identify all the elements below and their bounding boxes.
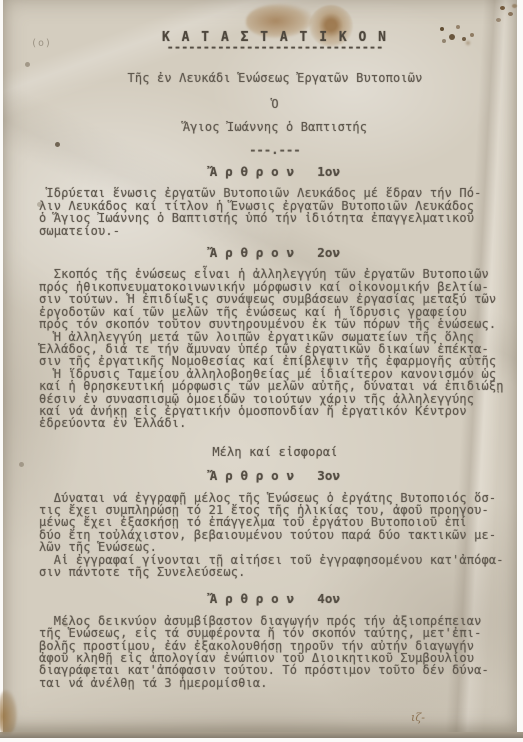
document-subtitle: Τῆς ἐν Λευκάδι Ἑνώσεως Ἐργατῶν Βυτοποιῶν [39,72,511,84]
text-line: σιν πάντοτε τῆς Συνελεύσεως. [39,566,511,578]
text-line: τῆς Ἑνώσεως, εἰς τά συμφέροντα ἤ τόν σκο… [39,627,511,639]
text-line: σωματείου.- [39,225,511,237]
article-2-heading: Ἄ ρ θ ρ ο ν 2ον [39,247,511,259]
article-4-heading: Ἄ ρ θ ρ ο ν 4ον [39,593,511,605]
members-section-heading: Μέλη καί εἰσφοραί [39,446,511,458]
paper-bottom-edge-shadow [0,732,523,738]
text-line: Ἱδρύεται ἕνωσις ἐργατῶν Βυτοποιῶν Λευκάδ… [39,187,511,199]
photo-frame: (ο) Κ Α Τ Α Σ Τ Α Τ Ι Κ Ο Ν ------------… [0,0,523,742]
bottom-left-stain [0,690,17,734]
text-line: Σκοπός τῆς ἑνώσεως εἶναι ἡ ἀλληλεγγύη τῶ… [39,268,511,280]
article-1: Ἄ ρ θ ρ ο ν 1ον Ἱδρύεται ἕνωσις ἐργατῶν … [39,166,511,237]
text-line: ὁ Ἅγιος Ἰωάννης ὁ Βαπτιστής ὑπό τήν ἰδιό… [39,212,511,224]
text-line: καί ἡ θρησκευτική μόρφωσις τῶν μελῶν αὐτ… [39,380,511,392]
text-line: μένως ἔχει ἐξασκήσῃ τό ἐπάγγελμα τοῦ ἐργ… [39,516,511,528]
title-underline: ------------------------------ [39,44,511,51]
article-4: Ἄ ρ θ ρ ο ν 4ον Μέλος δεικνύον ἀσυμβίβασ… [39,593,511,689]
article-3: Ἄ ρ θ ρ ο ν 3ον Δύναται νά ἐγγραφῇ μέλος… [39,470,511,578]
document-content: Κ Α Τ Α Σ Τ Α Τ Ι Κ Ο Ν ----------------… [39,0,511,732]
patron-saint-line: Ἅγιος Ἰωάννης ὁ Βαπτιστής [39,121,511,133]
subtitle-article-o: Ὁ [39,98,511,110]
text-line: σιν τῆς ἐργατικῆς Νομοθεσίας καί ἐπίβλεψ… [39,355,511,367]
text-line: ται νά ἀνέλθῃ τά 3 ἡμερομίσθια. [39,677,511,689]
text-line: λῶν τῆς Ἑνώσεως. [39,541,511,553]
article-2: Ἄ ρ θ ρ ο ν 2ον Σκοπός τῆς ἑνώσεως εἶναι… [39,247,511,430]
article-3-heading: Ἄ ρ θ ρ ο ν 3ον [39,470,511,482]
text-line: πρός τόν σκοπόν τοῦτον συντηρουμένου ἐκ … [39,318,511,330]
page-number-note: ιζ- [411,711,425,724]
document-page: (ο) Κ Α Τ Α Σ Τ Α Τ Ι Κ Ο Ν ------------… [3,0,517,732]
text-line: ἑδρεύοντα ἐν Ἑλλάδι. [39,417,511,429]
text-line: διαγράφεται κατ'ἀπόφασιν τούτου. Τό πρόσ… [39,664,511,676]
text-line: σιν τούτων. Ἡ ἐπιδίωξις συνάψεως συμβάσε… [39,293,511,305]
article-1-heading: Ἄ ρ θ ρ ο ν 1ον [39,166,511,178]
separator-dashes: ---.--- [39,144,511,156]
